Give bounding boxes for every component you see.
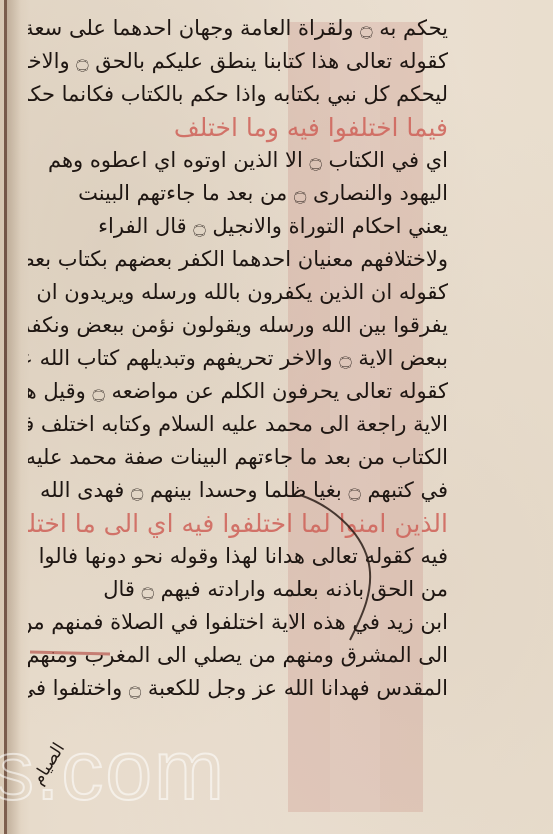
ink-stroke-annotation bbox=[0, 0, 553, 834]
watermark-text: s.com bbox=[0, 728, 226, 812]
manuscript-page: يحكم به ۝ ولقراة العامة وجهان احدهما على… bbox=[0, 0, 553, 834]
